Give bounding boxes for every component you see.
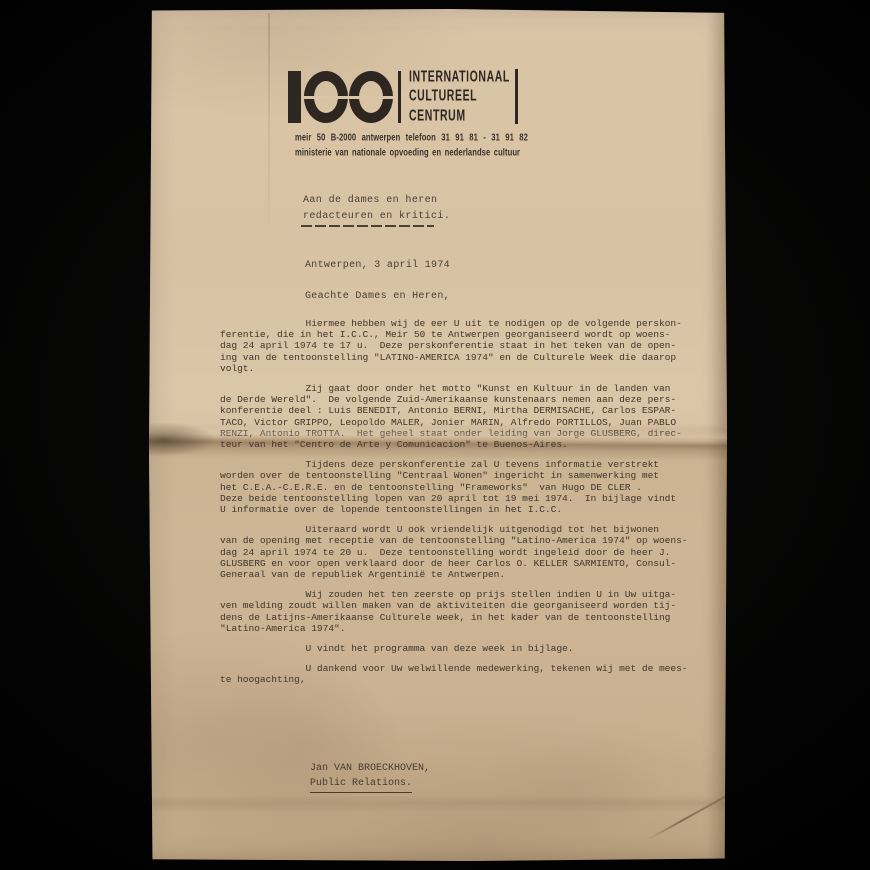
paragraph-5: Wij zouden het ten zeerste op prijs stel… (220, 589, 700, 634)
letterhead-address-line: meir 50 B-2000 antwerpen telefoon 31 91 … (295, 132, 528, 144)
salutation: Geachte Dames en Heren, (305, 291, 450, 302)
paragraph-3: Tijdens deze perskonferentie zal U teven… (220, 459, 700, 515)
icc-logo-ring-1 (304, 71, 348, 123)
letter-paper: INTERNATIONAAL CULTUREEL CENTRUM meir 50… (149, 9, 727, 861)
lower-fold-crease (149, 795, 727, 813)
paragraph-7: U dankend voor Uw welwillende medewerkin… (220, 663, 700, 685)
signature-block: Jan VAN BROECKHOVEN,Public Relations. (310, 761, 430, 793)
signature-title: Public Relations. (310, 776, 412, 793)
recipient-line-2: redacteuren en kritici. (303, 209, 450, 225)
letterhead-ministry-line: ministerie van nationale opvoeding en ne… (295, 147, 520, 159)
photo-background: INTERNATIONAAL CULTUREEL CENTRUM meir 50… (0, 0, 870, 870)
paragraph-6: U vindt het programma van deze week in b… (220, 643, 700, 654)
vertical-crease (268, 13, 270, 228)
recipient-line-1: Aan de dames en heren (303, 193, 450, 209)
corner-crease (647, 795, 727, 840)
recipient-block: Aan de dames en herenredacteuren en krit… (303, 193, 450, 224)
letter-body: Hiermee hebben wij de eer U uit te nodig… (220, 318, 700, 695)
paragraph-4: Uiteraard wordt U ook vriendelijk uitgen… (220, 524, 700, 580)
icc-logo-i-bar (288, 71, 301, 123)
icc-logo-wordmark: INTERNATIONAAL CULTUREEL CENTRUM (409, 67, 519, 125)
dateline: Antwerpen, 3 april 1974 (305, 260, 450, 271)
signature-name: Jan VAN BROECKHOVEN, (310, 761, 430, 776)
icc-logo-ring-2 (349, 71, 393, 123)
paragraph-2: Zij gaat door onder het motto "Kunst en … (220, 383, 700, 450)
paper-stain (449, 709, 699, 859)
logo-word-centrum: CENTRUM (409, 106, 519, 134)
recipient-underline (301, 225, 434, 227)
logo-divider-right (515, 69, 518, 124)
paragraph-1: Hiermee hebben wij de eer U uit te nodig… (220, 318, 700, 374)
logo-divider-left (398, 71, 401, 123)
